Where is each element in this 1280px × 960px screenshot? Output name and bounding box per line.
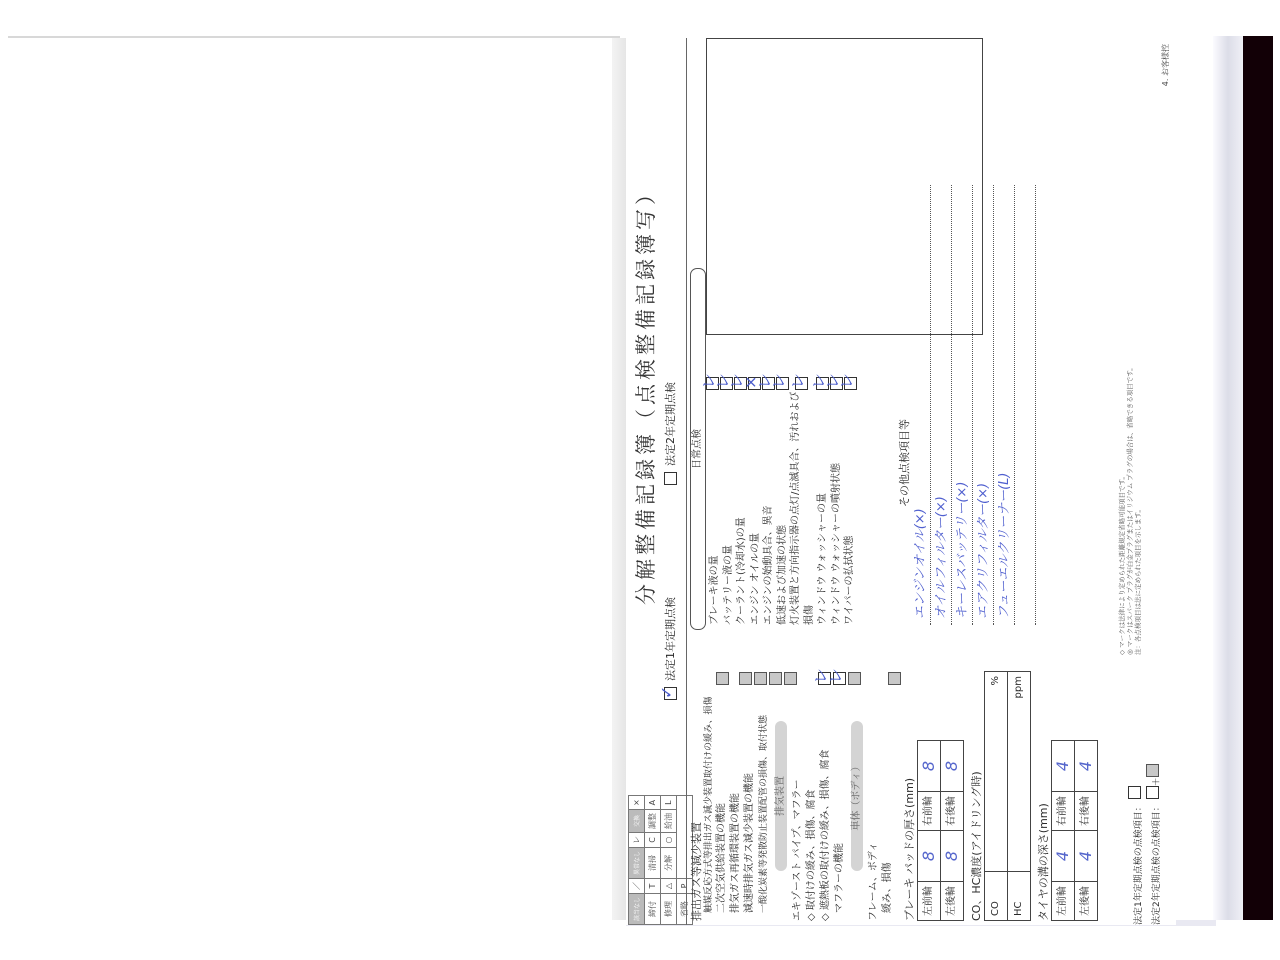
emissions-checkbox[interactable] [739,672,752,685]
exhaust-heading: 排気装置 [775,721,787,871]
check-mark-icon: レ [830,668,842,684]
legend-cell: 修理 [661,893,677,924]
daily-item: 低速および加速の状態 [776,390,790,625]
emissions-item: 排気ガス再循環装置の機能 [729,651,743,921]
emissions-checkbox[interactable] [716,672,729,685]
check-mark-icon: レ [792,373,804,389]
tire-label: 左後輪 [1075,882,1098,921]
daily-checkboxes: レ レ レ × レ レ レ レ レ レ [706,377,857,390]
memo-box[interactable] [706,38,983,335]
daily-item: ワイパーの払拭状態 [843,390,857,625]
hc-label: HC [1008,872,1031,921]
daily-item: クーラント(冷却水)の量 [735,390,749,625]
body-heading: 車体（ボディ） [851,721,863,871]
daily-item: エンジン オイルの量 [749,390,763,625]
copy-label: 4. お客様控 [1160,44,1171,86]
legend-table: 該当なし ／ 異常なし レ 交換 × 締付 T 清掃 C 調整 A 修理 △ 分… [628,795,693,925]
tire-label: 左前輪 [1052,882,1075,921]
checkbox-1year[interactable]: ✓ [664,687,677,700]
brake-value[interactable]: 8 [941,831,964,882]
footer-plus: ＋ [1152,777,1162,786]
checkbox-2year[interactable] [664,472,677,485]
legend-cell: 調整 [645,809,661,832]
period-2year[interactable]: 法定2年定期点検 [662,382,678,485]
exhaust-item: エキゾースト パイプ、マフラー [791,651,805,921]
tire-table: 左前輪 4 右前輪 4 左後輪 4 右後輪 4 [1051,740,1098,921]
daily-item: ウィンドウ ウォッシャーの噴射状態 [830,390,844,625]
co-unit[interactable]: % [985,672,1008,872]
period-1year-label: 法定1年定期点検 [662,597,678,681]
brake-pad-heading: ブレーキ パッドの厚さ(mm) [903,651,917,921]
scanner-edge [1213,36,1243,920]
check-mark-icon: ✓ [661,686,673,699]
legend-mark: レ [629,832,645,847]
brake-label: 右後輪 [941,792,964,831]
emissions-checkbox[interactable] [754,672,767,685]
legend-cell: 異常なし [629,847,645,878]
left-column: 排出ガス等減少装置 触媒反応方式等排出ガス減少装置取付けの緩み、損傷 二次空気供… [690,651,1098,921]
brake-label: 右前輪 [918,792,941,831]
footnotes: ◇ マークは法律により定められた距離規定省略可能項目です。 ◎ マークはスパーク… [1118,364,1142,655]
exhaust-checkbox[interactable]: レ [833,672,846,685]
body-item: 緩み、損傷 [881,651,895,921]
legend-mark: T [645,878,661,893]
legend-cell: 給油 [661,809,677,832]
exhaust-checkbox[interactable] [848,672,861,685]
co-hc-table: CO % HC ppm [984,671,1031,921]
brake-label: 左前輪 [918,882,941,921]
exhaust-item: ◇ 遮熱板の取付けの緩み、損傷、腐食 [819,651,833,921]
legend-mark: △ [661,878,677,893]
footer-2year-gray-box [1146,764,1159,777]
legend-cell: 該当なし [629,893,645,924]
legend-mark: ○ [661,832,677,847]
footer-legend: 法定1年定期点検の点検項目： 法定2年定期点検の点検項目： ＋ [1128,764,1164,925]
exhaust-item: ◇ 取付けの緩み、損傷、腐食 [805,651,819,921]
exhaust-item: マフラーの機能 [833,651,847,921]
legend-cell: 締付 [645,893,661,924]
emissions-item: 触媒反応方式等排出ガス減少装置取付けの緩み、損傷 [704,651,715,921]
other-entry-blank[interactable] [1015,185,1036,625]
daily-item: ブレーキ液の量 [708,390,722,625]
emissions-checkbox[interactable] [769,672,782,685]
other-entry[interactable]: フューエルクリーナー(L) [994,185,1015,625]
header-rule [686,38,687,925]
co-label: CO [985,872,1008,921]
tire-heading: タイヤの溝の深さ(mm) [1037,651,1051,921]
period-1year[interactable]: ✓ 法定1年定期点検 [662,597,678,700]
brake-pad-table: 左前輪 8 右前輪 8 左後輪 8 右後輪 8 [917,740,964,921]
emissions-item: 減速時排気ガス減少装置の機能 [743,651,757,921]
body-checkbox[interactable] [888,672,901,685]
legend-mark: × [629,796,645,810]
period-2year-label: 法定2年定期点検 [662,382,678,466]
tire-label: 右後輪 [1075,792,1098,831]
footer-2year-box [1146,786,1159,799]
footer-2year-label: 法定2年定期点検の点検項目： [1152,802,1162,925]
body-item: フレーム、ボディ [867,651,881,921]
footer-1year-label: 法定1年定期点検の点検項目： [1134,802,1144,925]
daily-item: エンジンの始動具合、異音 [762,390,776,625]
footnote: 注：各点検項目は法に定められた項目を示します。 [1134,364,1142,655]
body-checkbox [888,672,901,685]
page-spine [612,38,626,920]
legend-cell: 交換 [629,809,645,832]
brake-value[interactable]: 8 [918,741,941,792]
document-title: 分解整備記録簿（点検整備記録簿写） [630,180,660,605]
brake-label: 左後輪 [941,882,964,921]
daily-checkbox[interactable]: レ [795,377,808,390]
legend-mark: A [645,796,661,810]
daily-heading: 日常点検 [690,268,706,630]
emissions-heading: 排出ガス等減少装置 [690,651,704,921]
exhaust-checkboxes: レ レ [818,672,861,685]
hc-unit[interactable]: ppm [1008,672,1031,872]
tire-value[interactable]: 4 [1052,741,1075,792]
footnote: ◎ マークはスパーク プラグが白金プラグまたはイリジウム プラグの場合は、省略で… [1126,364,1134,655]
emissions-item: 二次空気供給装置の機能 [715,651,729,921]
footnote: ◇ マークは法律により定められた距離規定省略可能項目です。 [1118,364,1126,655]
daily-list: ブレーキ液の量 バッテリー液の量 クーラント(冷却水)の量 エンジン オイルの量… [708,390,857,625]
brake-value[interactable]: 8 [918,831,941,882]
emissions-item: 一酸化炭素等発散防止装置配管の損傷、取付状態 [757,651,771,921]
daily-checkbox[interactable]: レ [844,377,857,390]
tire-label: 右前輪 [1052,792,1075,831]
legend-cell: 分解 [661,847,677,878]
daily-item: ウィンドウ ウォッシャーの量 [816,390,830,625]
emissions-checkbox[interactable] [784,672,797,685]
legend-mark: L [661,796,677,810]
check-mark-icon: レ [841,373,853,389]
brake-value[interactable]: 8 [941,741,964,792]
blank-left-page [8,36,620,922]
record-page-rotated: 該当なし ／ 異常なし レ 交換 × 締付 T 清掃 C 調整 A 修理 △ 分… [626,38,1176,925]
daily-item: バッテリー液の量 [722,390,736,625]
emissions-checkboxes [716,672,797,685]
footer-1year-box [1128,786,1141,799]
tire-value[interactable]: 4 [1075,741,1098,792]
tire-value[interactable]: 4 [1075,831,1098,882]
check-mark-icon: レ [773,373,785,389]
co-hc-heading: CO、HC濃度(アイドリング時) [970,651,984,921]
daily-item: 灯火装置と方向指示器の点灯/点滅具合、汚れおよび損傷 [789,390,816,625]
tire-value[interactable]: 4 [1052,831,1075,882]
scanner-background [1243,36,1273,920]
legend-cell: 清掃 [645,847,661,878]
record-sheet: 該当なし ／ 異常なし レ 交換 × 締付 T 清掃 C 調整 A 修理 △ 分… [626,38,1176,925]
legend-mark: ／ [629,878,645,893]
legend-mark: C [645,832,661,847]
